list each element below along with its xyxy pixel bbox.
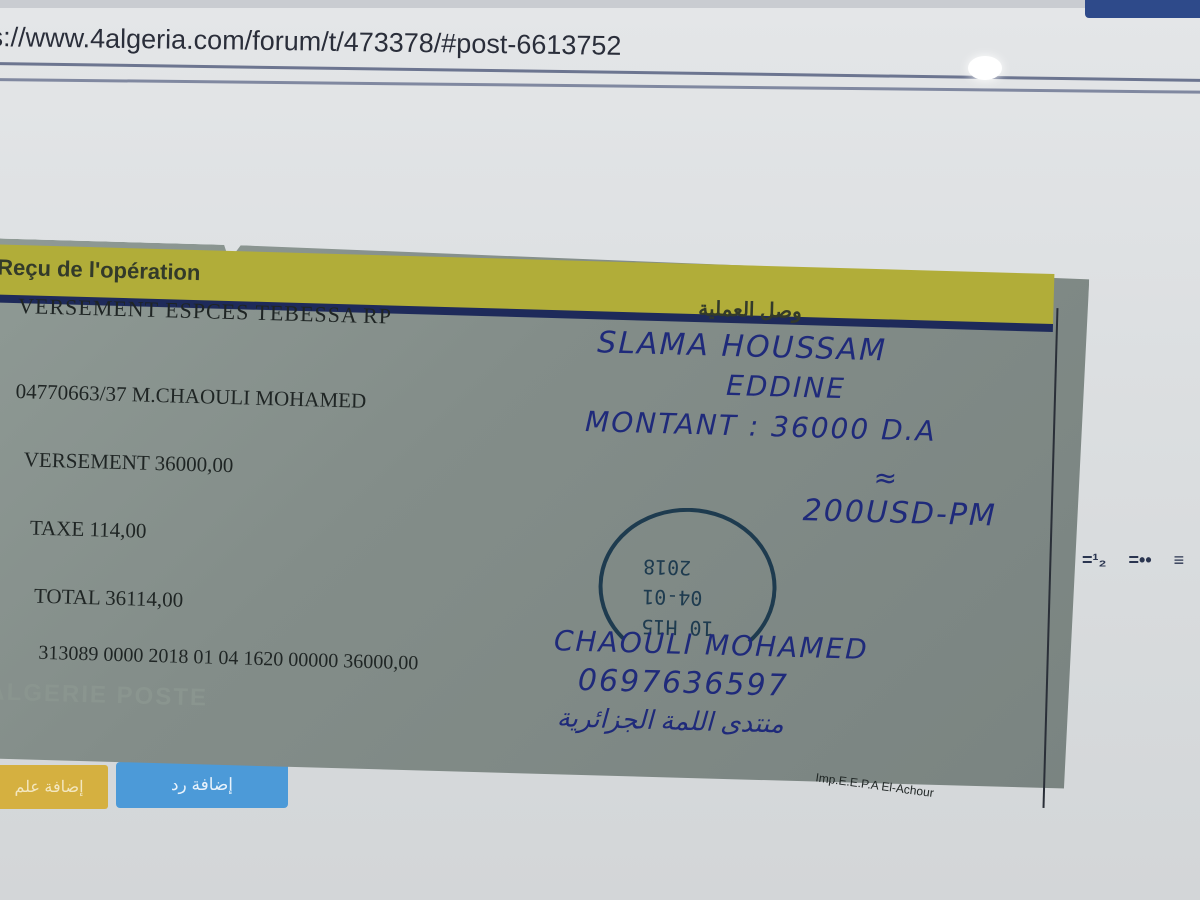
stamp-date: 04-01 [642,585,703,611]
toolbar-divider [0,78,1200,94]
add-reply-button[interactable]: إضافة رد [116,762,288,808]
add-reply-button-label: إضافة رد [171,775,233,795]
address-bar[interactable]: s://www.4algeria.com/forum/t/473378/#pos… [0,10,1200,82]
ordered-list-icon[interactable]: =¹₂ [1082,550,1107,571]
browser-top-button[interactable] [1085,0,1200,18]
receipt-image: Reçu de l'opération وصل العملية VERSEMEN… [0,238,1090,789]
receipt-title-fr: Reçu de l'opération [0,254,201,286]
editor-toolbar: =¹₂ =•• ≡ [1082,550,1184,571]
hand-name-line2: EDDINE [726,369,847,405]
browser-top-strip [0,0,1200,8]
hand-phone: 0697636597 [577,663,789,704]
hand-equals: ≈ [873,461,899,495]
hand-usd: 200USD-PM [802,493,997,533]
secondary-button[interactable]: إضافة علم [0,765,108,809]
hand-forum-name: منتدى اللمة الجزائرية [556,702,784,739]
taxe-line: TAXE 114,00 [30,516,147,544]
unordered-list-icon[interactable]: =•• [1129,550,1152,571]
receipt-title-ar: وصل العملية [698,296,802,324]
address-bar-url[interactable]: s://www.4algeria.com/forum/t/473378/#pos… [0,22,622,62]
stamp-year: 2018 [643,555,692,580]
screen-glare [968,56,1002,80]
watermark: ALGERIE POSTE [0,678,208,712]
secondary-button-label: إضافة علم [14,777,83,797]
total-line: TOTAL 36114,00 [34,584,184,613]
align-justify-icon[interactable]: ≡ [1174,550,1185,571]
